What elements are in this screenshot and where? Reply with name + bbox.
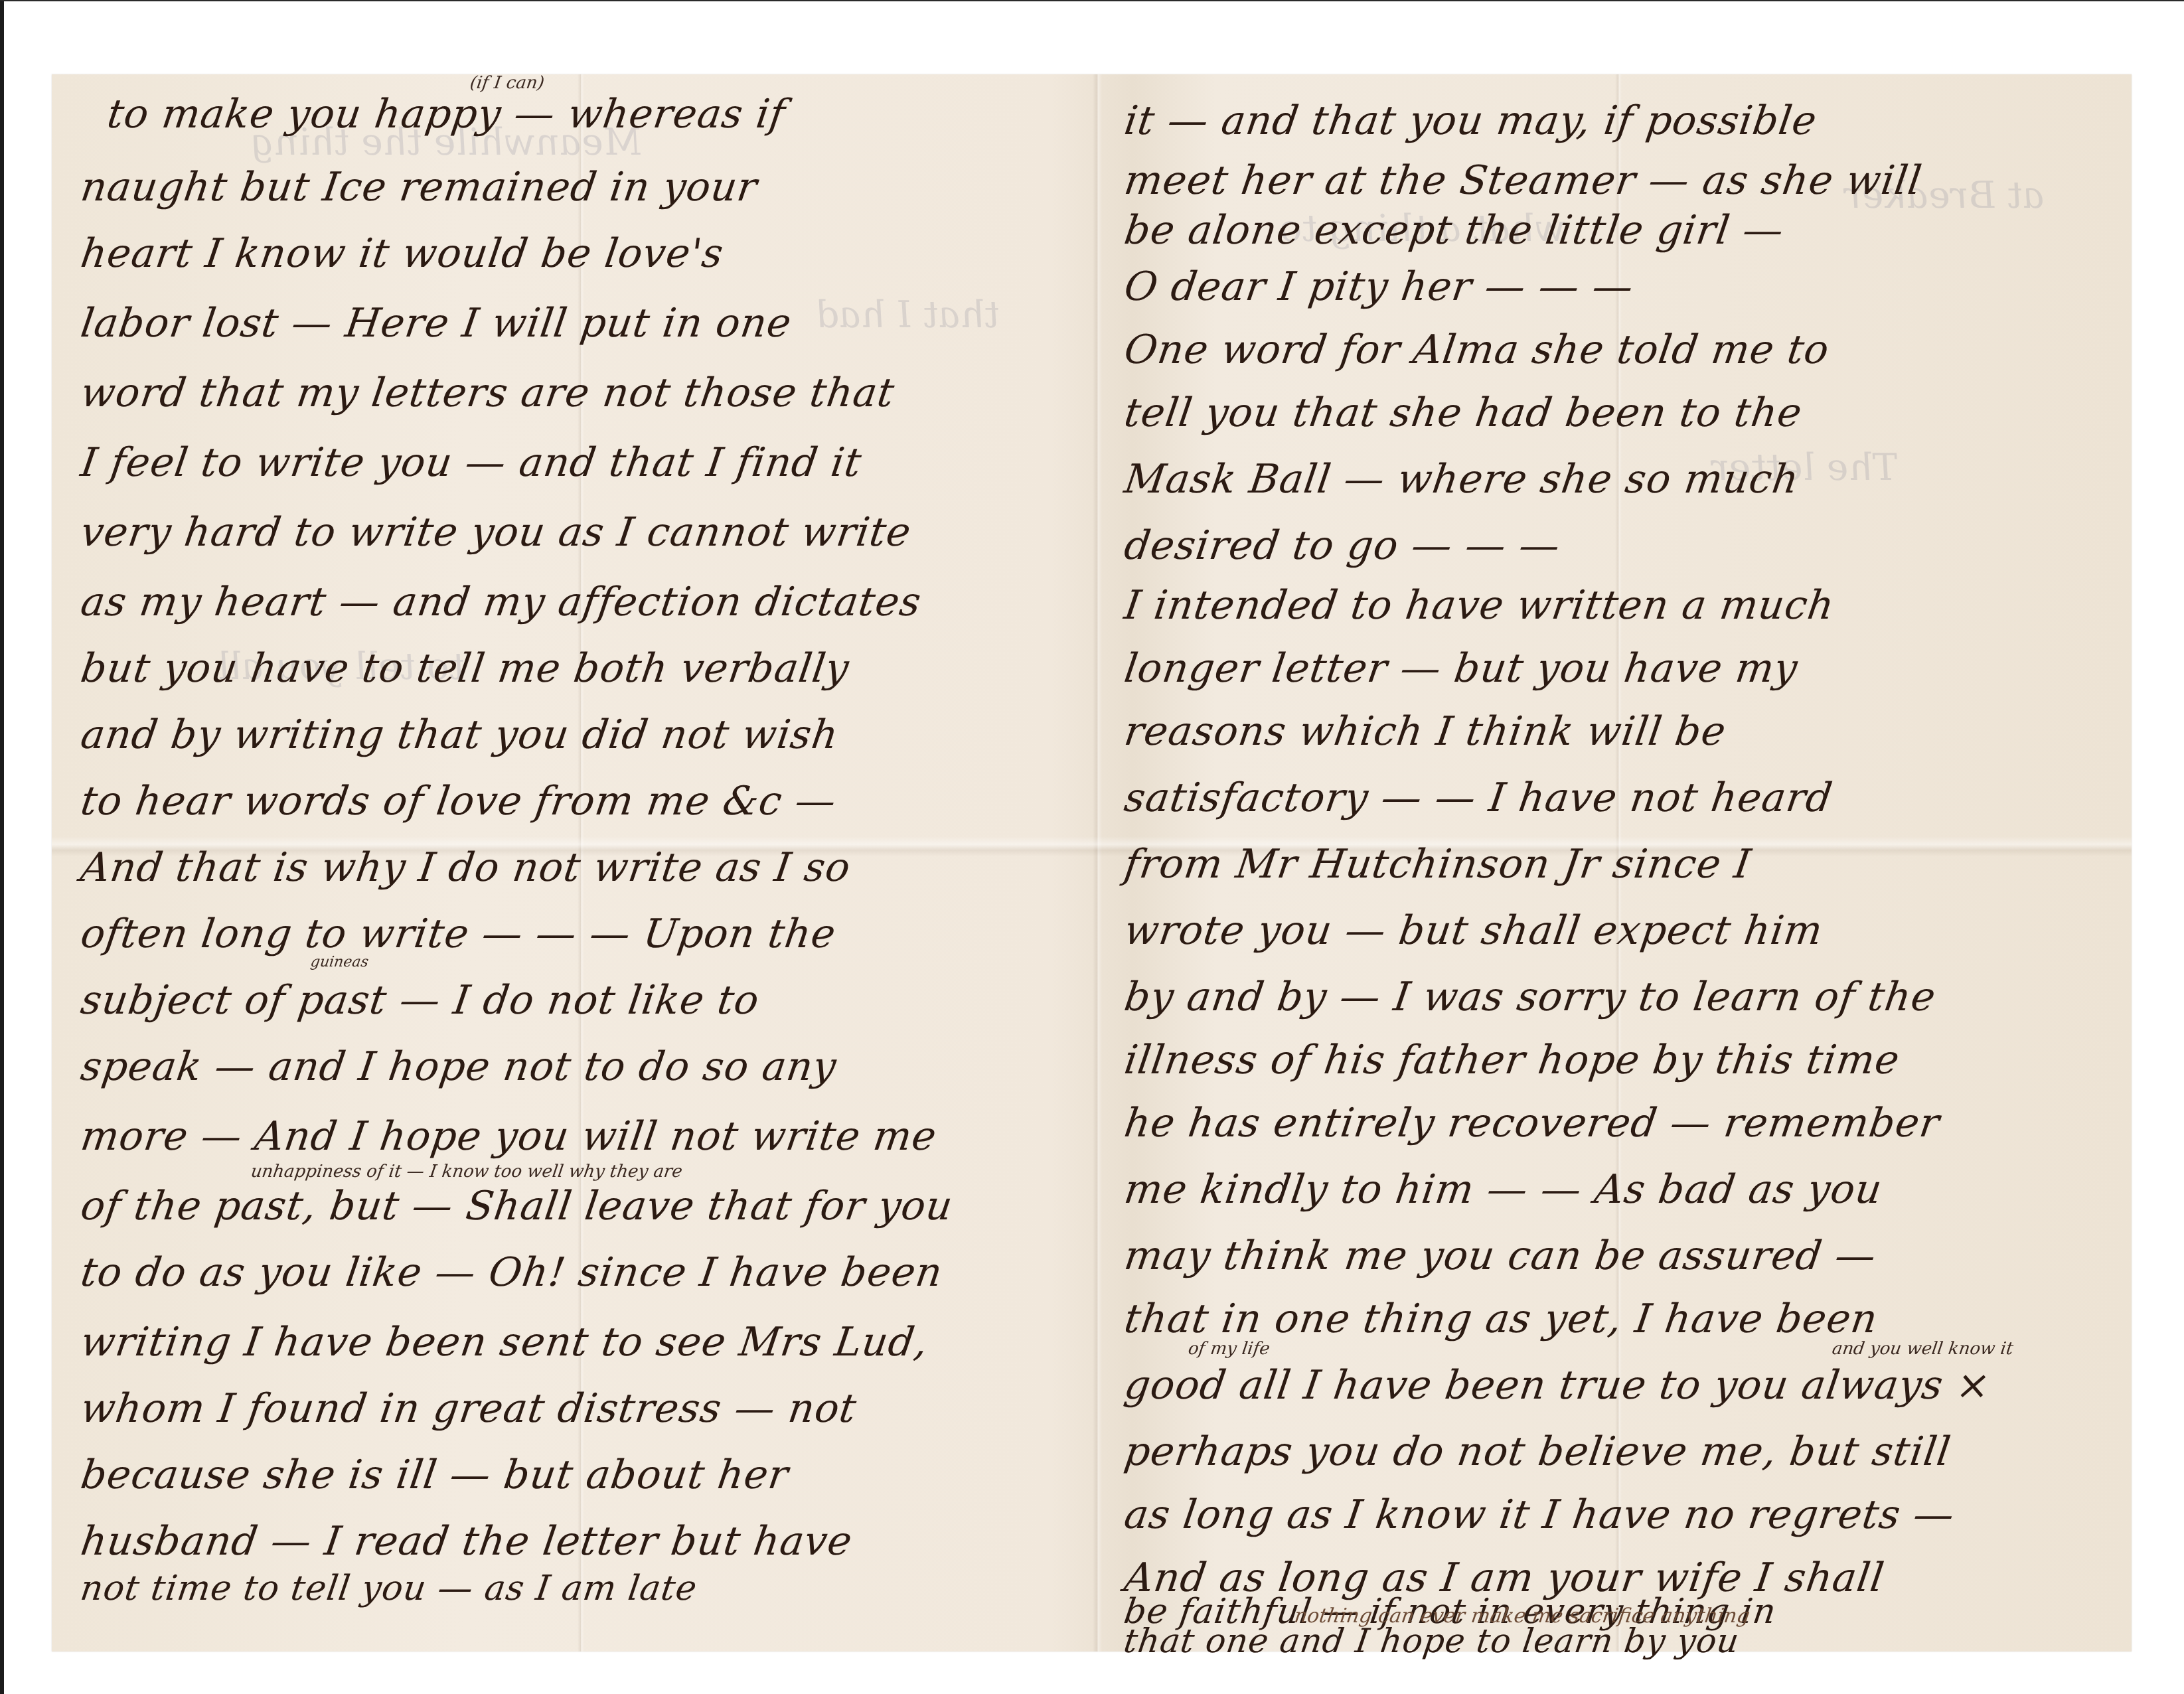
letter-line: that in one thing as yet, I have been <box>1122 1299 1880 1339</box>
letter-line: perhaps you do not believe me, but still <box>1122 1432 1954 1472</box>
letter-line: reasons which I think will be <box>1122 712 1729 751</box>
left-page: (if I can) to make you happy — whereas i… <box>52 74 1095 1652</box>
letter-line: to hear words of love from me &c — <box>78 781 839 821</box>
annotation-you-well-know: and you well know it <box>1831 1339 2015 1359</box>
letter-line: naught but Ice remained in your <box>78 167 760 207</box>
letter-line: And that is why I do not write as I so <box>78 848 853 887</box>
letter-line: be alone except the little girl — <box>1122 210 1786 250</box>
letter-line: writing I have been sent to see Mrs Lud, <box>78 1322 931 1362</box>
right-page: it — and that you may, if possible meet … <box>1095 74 2132 1652</box>
letter-line: as my heart — and my affection dictates <box>78 582 923 622</box>
letter-line: I intended to have written a much <box>1122 585 1837 625</box>
letter-line: illness of his father hope by this time <box>1122 1040 1903 1080</box>
annotation-guineas: guineas <box>309 954 369 970</box>
letter-line: O dear I pity her — — — <box>1122 267 1636 307</box>
letter-line: satisfactory — — I have not heard <box>1122 778 1835 818</box>
letter-line: Mask Ball — where she so much <box>1122 459 1802 499</box>
letter-line: but you have to tell me both verbally <box>78 649 852 688</box>
letter-line: heart I know it would be love's <box>78 234 726 273</box>
letter-line: whom I found in great distress — not <box>78 1389 859 1428</box>
scanner-edge-top <box>0 0 2184 1</box>
letter-line: he has entirely recovered — remember <box>1122 1103 1942 1143</box>
letter-sheet: Meanwhile the thing that I had to tell y… <box>52 74 2132 1652</box>
interlinear-annotation: unhappiness of it — I know too well why … <box>250 1162 684 1182</box>
letter-line: to make you happy — whereas if <box>105 94 788 134</box>
letter-line: by and by — I was sorry to learn of the <box>1122 977 1938 1017</box>
letter-line: to do as you like — Oh! since I have bee… <box>78 1253 945 1292</box>
letter-line: speak — and I hope not to do so any <box>78 1047 839 1087</box>
annotation-if-i-can: (if I can) <box>469 73 546 93</box>
letter-line: I feel to write you — and that I find it <box>78 443 864 483</box>
letter-line: may think me you can be assured — <box>1122 1236 1879 1276</box>
letter-line: longer letter — but you have my <box>1122 649 1800 688</box>
letter-line: One word for Alma she told me to <box>1122 330 1832 370</box>
letter-line: often long to write — — — Upon the <box>78 914 838 954</box>
letter-line: more — And I hope you will not write me <box>78 1116 939 1156</box>
letter-line: tell you that she had been to the <box>1122 393 1805 433</box>
letter-line: as long as I know it I have no regrets — <box>1122 1495 1957 1535</box>
letter-line: desired to go — — — <box>1122 526 1563 566</box>
annotation-of-my-life: of my life <box>1187 1339 1271 1359</box>
letter-line: word that my letters are not those that <box>78 373 897 413</box>
scanner-edge <box>0 0 4 1694</box>
letter-line: meet her at the Steamer — as she will <box>1122 161 1924 200</box>
letter-line: wrote you — but shall expect him <box>1122 911 1826 951</box>
letter-line: not time to tell you — as I am late <box>78 1571 700 1606</box>
letter-line: from Mr Hutchinson Jr since I <box>1122 844 1754 884</box>
letter-line: me kindly to him — — As bad as you <box>1122 1170 1885 1209</box>
letter-line: of the past, but — Shall leave that for … <box>78 1186 955 1226</box>
letter-line: subject of past — I do not like to <box>78 980 762 1020</box>
letter-line: because she is ill — but about her <box>78 1455 791 1495</box>
letter-line: husband — I read the letter but have <box>78 1521 855 1561</box>
letter-line: labor lost — Here I will put in one <box>78 303 794 343</box>
letter-line: that one and I hope to learn by you <box>1122 1624 1741 1657</box>
letter-line: good all I have been true to you always … <box>1122 1365 1993 1405</box>
letter-line: and by writing that you did not wish <box>78 715 841 755</box>
letter-line: very hard to write you as I cannot write <box>78 512 913 552</box>
letter-line: it — and that you may, if possible <box>1122 101 1820 141</box>
